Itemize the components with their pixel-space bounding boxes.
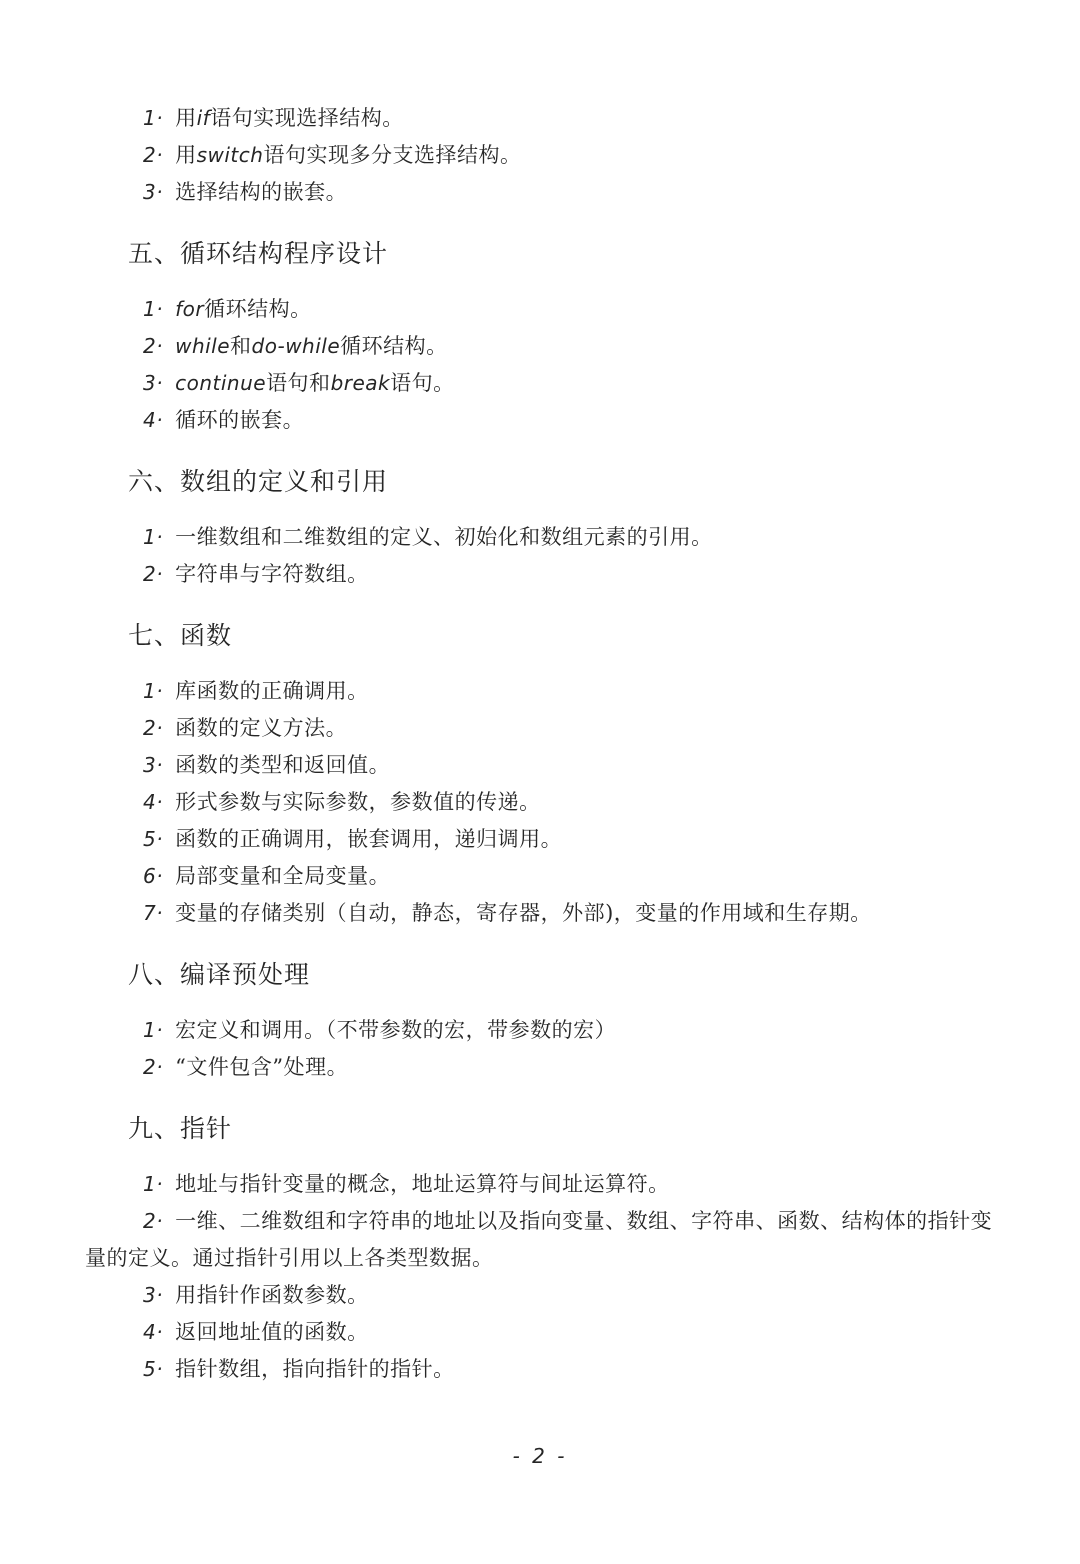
list-item: 1·用if语句实现选择结构。 — [85, 100, 995, 137]
text-segment: 局部变量和全局变量。 — [175, 864, 390, 888]
item-number: 3· — [143, 371, 163, 395]
list-item: 3·用指针作函数参数。 — [85, 1277, 995, 1314]
numbered-list: 1·宏定义和调用。（不带参数的宏，带参数的宏）2·“文件包含”处理。 — [85, 1012, 995, 1086]
item-number: 4· — [143, 790, 163, 814]
document-page: 1·用if语句实现选择结构。2·用switch语句实现多分支选择结构。3·选择结… — [0, 0, 1080, 1564]
list-item: 4·形式参数与实际参数，参数值的传递。 — [85, 784, 995, 821]
section-heading: 八、编译预处理 — [128, 958, 995, 992]
list-item: 3·continue语句和break语句。 — [85, 365, 995, 402]
item-number: 4· — [143, 1320, 163, 1344]
list-item: 1·地址与指针变量的概念，地址运算符与间址运算符。 — [85, 1166, 995, 1203]
numbered-list: 1·一维数组和二维数组的定义、初始化和数组元素的引用。2·字符串与字符数组。 — [85, 519, 995, 593]
list-item: 1·宏定义和调用。（不带参数的宏，带参数的宏） — [85, 1012, 995, 1049]
document-content: 1·用if语句实现选择结构。2·用switch语句实现多分支选择结构。3·选择结… — [85, 100, 995, 1388]
list-item: 1·一维数组和二维数组的定义、初始化和数组元素的引用。 — [85, 519, 995, 556]
item-number: 2· — [143, 334, 163, 358]
text-segment: 变量的存储类别（自动，静态，寄存器，外部)，变量的作用域和生存期。 — [175, 901, 872, 925]
section-heading: 九、指针 — [128, 1112, 995, 1146]
item-number: 2· — [143, 1055, 163, 1079]
text-segment: 字符串与字符数组。 — [175, 562, 369, 586]
code-term: for — [175, 297, 204, 321]
code-term: do-while — [252, 334, 341, 358]
item-number: 1· — [143, 525, 163, 549]
list-item: 5·指针数组，指向指针的指针。 — [85, 1351, 995, 1388]
text-segment: 循环的嵌套。 — [175, 408, 304, 432]
code-term: while — [175, 334, 230, 358]
text-segment: 指针数组，指向指针的指针。 — [175, 1357, 455, 1381]
item-number: 6· — [143, 864, 163, 888]
text-segment: 语句和 — [266, 371, 331, 395]
list-item: 2·“文件包含”处理。 — [85, 1049, 995, 1086]
text-segment: 地址与指针变量的概念，地址运算符与间址运算符。 — [175, 1172, 670, 1196]
code-term: if — [197, 106, 211, 130]
item-number: 2· — [143, 562, 163, 586]
text-segment: 库函数的正确调用。 — [175, 679, 369, 703]
item-number: 3· — [143, 180, 163, 204]
section-heading: 六、数组的定义和引用 — [128, 465, 995, 499]
list-item: 4·循环的嵌套。 — [85, 402, 995, 439]
item-number: 5· — [143, 827, 163, 851]
code-term: continue — [175, 371, 266, 395]
item-number: 2· — [143, 143, 163, 167]
item-number: 2· — [143, 1209, 163, 1233]
list-item: 2·用switch语句实现多分支选择结构。 — [85, 137, 995, 174]
item-number: 1· — [143, 1172, 163, 1196]
numbered-list: 1·for循环结构。2·while和do-while循环结构。3·continu… — [85, 291, 995, 439]
list-item: 7·变量的存储类别（自动，静态，寄存器，外部)，变量的作用域和生存期。 — [85, 895, 995, 932]
item-number: 3· — [143, 1283, 163, 1307]
list-item: 3·函数的类型和返回值。 — [85, 747, 995, 784]
numbered-list: 1·库函数的正确调用。2·函数的定义方法。3·函数的类型和返回值。4·形式参数与… — [85, 673, 995, 932]
text-segment: 返回地址值的函数。 — [175, 1320, 369, 1344]
text-segment: 循环结构。 — [204, 297, 312, 321]
text-segment: 形式参数与实际参数，参数值的传递。 — [175, 790, 541, 814]
code-term: break — [331, 371, 391, 395]
section-heading: 五、循环结构程序设计 — [128, 237, 995, 271]
list-item: 4·返回地址值的函数。 — [85, 1314, 995, 1351]
text-segment: 语句实现选择结构。 — [210, 106, 404, 130]
item-number: 1· — [143, 297, 163, 321]
text-segment: 一维、二维数组和字符串的地址以及指向变量、数组、字符串、函数、结构体的指针变量的… — [85, 1209, 992, 1270]
item-number: 1· — [143, 1018, 163, 1042]
list-item: 2·一维、二维数组和字符串的地址以及指向变量、数组、字符串、函数、结构体的指针变… — [85, 1203, 995, 1277]
text-segment: 和 — [230, 334, 252, 358]
item-number: 7· — [143, 901, 163, 925]
text-segment: 用指针作函数参数。 — [175, 1283, 369, 1307]
list-item: 1·库函数的正确调用。 — [85, 673, 995, 710]
list-item: 2·字符串与字符数组。 — [85, 556, 995, 593]
page-number: - 2 - — [0, 1444, 1080, 1468]
list-item: 1·for循环结构。 — [85, 291, 995, 328]
text-segment: “文件包含”处理。 — [175, 1055, 348, 1079]
text-segment: 一维数组和二维数组的定义、初始化和数组元素的引用。 — [175, 525, 713, 549]
numbered-list: 1·地址与指针变量的概念，地址运算符与间址运算符。2·一维、二维数组和字符串的地… — [85, 1166, 995, 1388]
item-number: 1· — [143, 106, 163, 130]
text-segment: 函数的类型和返回值。 — [175, 753, 390, 777]
text-segment: 用 — [175, 106, 197, 130]
text-segment: 用 — [175, 143, 197, 167]
list-item: 2·while和do-while循环结构。 — [85, 328, 995, 365]
text-segment: 函数的定义方法。 — [175, 716, 347, 740]
text-segment: 宏定义和调用。（不带参数的宏，带参数的宏） — [175, 1018, 616, 1042]
section-heading: 七、函数 — [128, 619, 995, 653]
item-number: 2· — [143, 716, 163, 740]
text-segment: 函数的正确调用，嵌套调用，递归调用。 — [175, 827, 562, 851]
item-number: 1· — [143, 679, 163, 703]
text-segment: 选择结构的嵌套。 — [175, 180, 347, 204]
item-number: 5· — [143, 1357, 163, 1381]
text-segment: 语句。 — [390, 371, 455, 395]
item-number: 4· — [143, 408, 163, 432]
list-item: 3·选择结构的嵌套。 — [85, 174, 995, 211]
list-item: 2·函数的定义方法。 — [85, 710, 995, 747]
text-segment: 循环结构。 — [340, 334, 448, 358]
code-term: switch — [197, 143, 264, 167]
item-number: 3· — [143, 753, 163, 777]
text-segment: 语句实现多分支选择结构。 — [263, 143, 521, 167]
list-item: 6·局部变量和全局变量。 — [85, 858, 995, 895]
numbered-list: 1·用if语句实现选择结构。2·用switch语句实现多分支选择结构。3·选择结… — [85, 100, 995, 211]
list-item: 5·函数的正确调用，嵌套调用，递归调用。 — [85, 821, 995, 858]
